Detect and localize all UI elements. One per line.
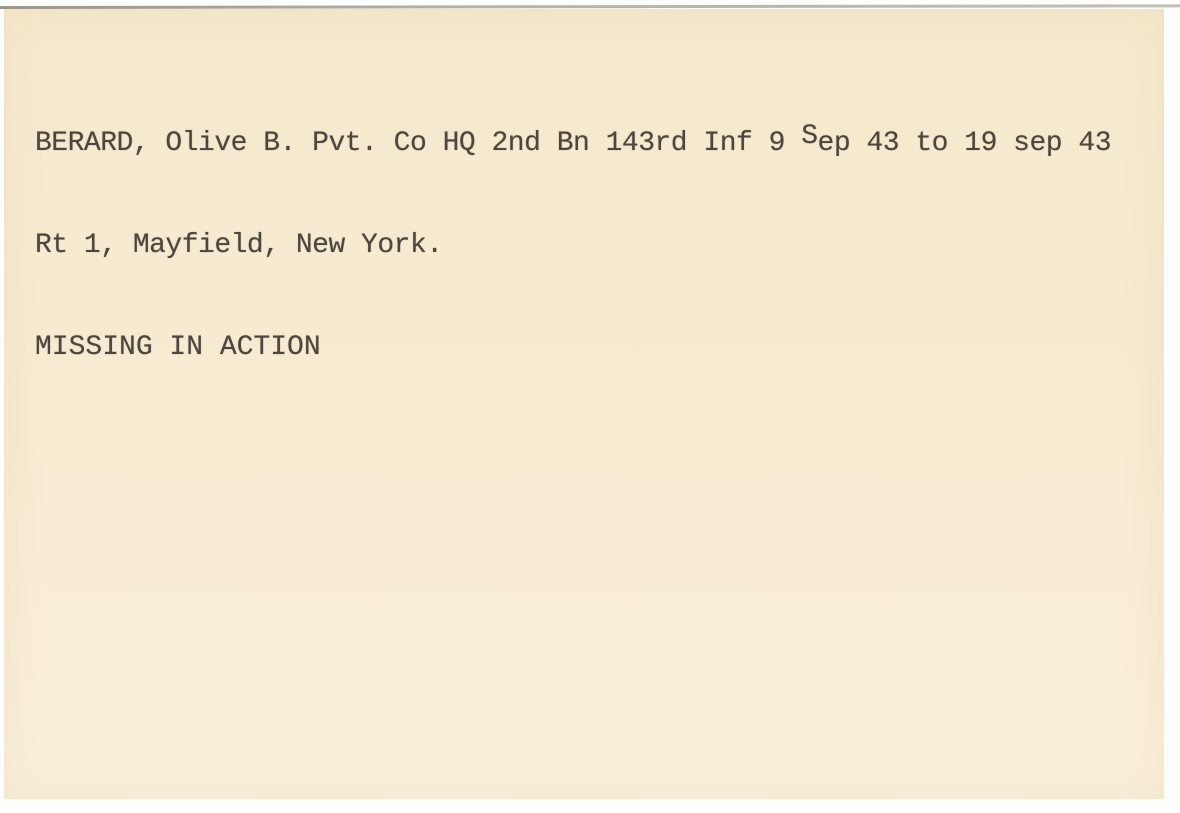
index-card: BERARD, Olive B. Pvt. Co HQ 2nd Bn 143rd… bbox=[4, 9, 1164, 799]
record-line-3-status: MISSING IN ACTION bbox=[35, 331, 1144, 365]
scanned-page: BERARD, Olive B. Pvt. Co HQ 2nd Bn 143rd… bbox=[0, 0, 1180, 813]
record-line-1-prefix: BERARD, Olive B. Pvt. Co HQ 2nd Bn 143rd… bbox=[35, 128, 801, 159]
record-line-1-suffix: ep 43 to 19 sep 43 bbox=[818, 128, 1111, 159]
record-line-1: BERARD, Olive B. Pvt. Co HQ 2nd Bn 143rd… bbox=[35, 127, 1144, 161]
record-line-2-address: Rt 1, Mayfield, New York. bbox=[35, 229, 1144, 263]
record-line-1-raised-char: S bbox=[801, 120, 817, 154]
